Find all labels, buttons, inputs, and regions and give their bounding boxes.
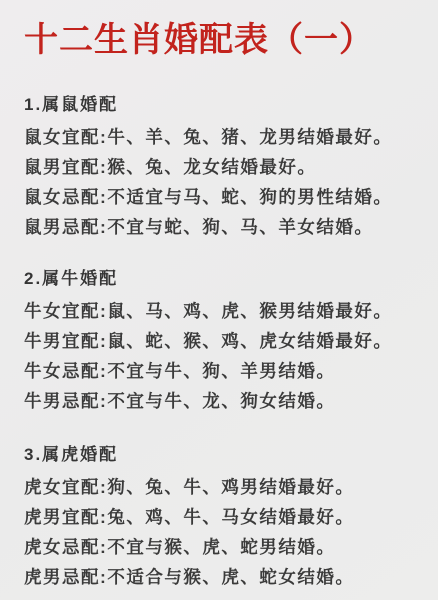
compat-line: 牛女忌配:不宜与牛、狗、羊男结婚。 bbox=[24, 356, 416, 386]
section-tiger-heading: 3.属虎婚配 bbox=[24, 444, 416, 466]
section-ox-heading: 2.属牛婚配 bbox=[24, 268, 416, 290]
zodiac-compatibility-page: 十二生肖婚配表（一） 1.属鼠婚配 鼠女宜配:牛、羊、兔、猪、龙男结婚最好。 鼠… bbox=[0, 0, 438, 600]
compat-line: 牛女宜配:鼠、马、鸡、虎、猴男结婚最好。 bbox=[24, 296, 416, 326]
compat-line: 鼠男忌配:不宜与蛇、狗、马、羊女结婚。 bbox=[24, 212, 416, 242]
compat-line: 牛男宜配:鼠、蛇、猴、鸡、虎女结婚最好。 bbox=[24, 326, 416, 356]
compat-line: 虎女宜配:狗、兔、牛、鸡男结婚最好。 bbox=[24, 472, 416, 502]
compat-line: 鼠女宜配:牛、羊、兔、猪、龙男结婚最好。 bbox=[24, 122, 416, 152]
section-rat-heading: 1.属鼠婚配 bbox=[24, 94, 416, 116]
section-ox: 2.属牛婚配 牛女宜配:鼠、马、鸡、虎、猴男结婚最好。 牛男宜配:鼠、蛇、猴、鸡… bbox=[24, 268, 416, 416]
section-tiger: 3.属虎婚配 虎女宜配:狗、兔、牛、鸡男结婚最好。 虎男宜配:兔、鸡、牛、马女结… bbox=[24, 444, 416, 592]
compat-line: 牛男忌配:不宜与牛、龙、狗女结婚。 bbox=[24, 386, 416, 416]
compat-line: 虎男宜配:兔、鸡、牛、马女结婚最好。 bbox=[24, 502, 416, 532]
section-rat: 1.属鼠婚配 鼠女宜配:牛、羊、兔、猪、龙男结婚最好。 鼠男宜配:猴、兔、龙女结… bbox=[24, 94, 416, 242]
compat-line: 虎男忌配:不适合与猴、虎、蛇女结婚。 bbox=[24, 562, 416, 592]
compat-line: 鼠女忌配:不适宜与马、蛇、狗的男性结婚。 bbox=[24, 182, 416, 212]
page-title: 十二生肖婚配表（一） bbox=[24, 18, 416, 62]
compat-line: 鼠男宜配:猴、兔、龙女结婚最好。 bbox=[24, 152, 416, 182]
compat-line: 虎女忌配:不宜与猴、虎、蛇男结婚。 bbox=[24, 532, 416, 562]
